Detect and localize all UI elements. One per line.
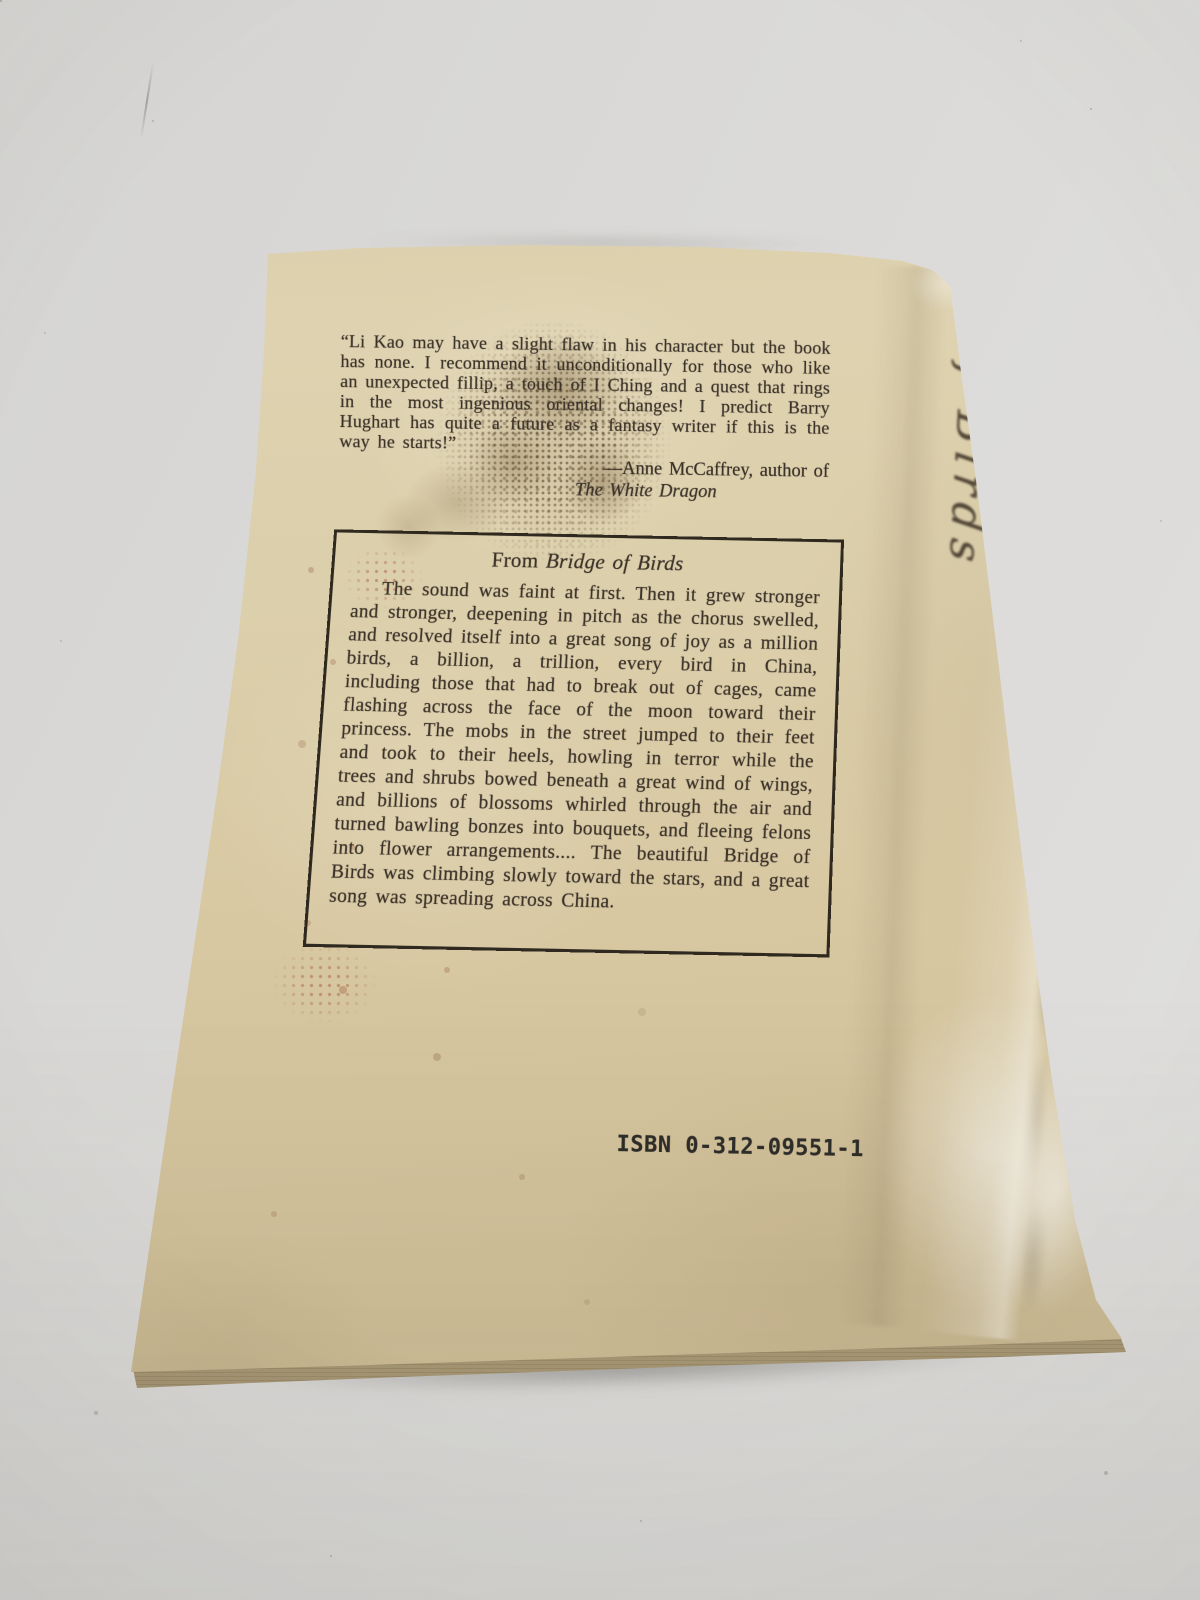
excerpt-box: From Bridge of Birds The sound was faint… xyxy=(303,529,844,957)
excerpt-heading: From Bridge of Birds xyxy=(353,544,821,579)
background-scratch xyxy=(140,62,154,139)
stain xyxy=(262,936,387,1031)
review-quote: “Li Kao may have a slight flaw in his ch… xyxy=(339,332,831,458)
photo-scene: of Birds “Li Kao may have a slight flaw … xyxy=(0,0,1200,1600)
background-dust xyxy=(0,0,2,2)
excerpt-text: The sound was faint at first. Then it gr… xyxy=(328,577,820,918)
excerpt-heading-title: Bridge of Birds xyxy=(545,549,684,576)
excerpt-heading-prefix: From xyxy=(491,548,539,573)
cover-content: “Li Kao may have a slight flaw in his ch… xyxy=(339,324,831,504)
